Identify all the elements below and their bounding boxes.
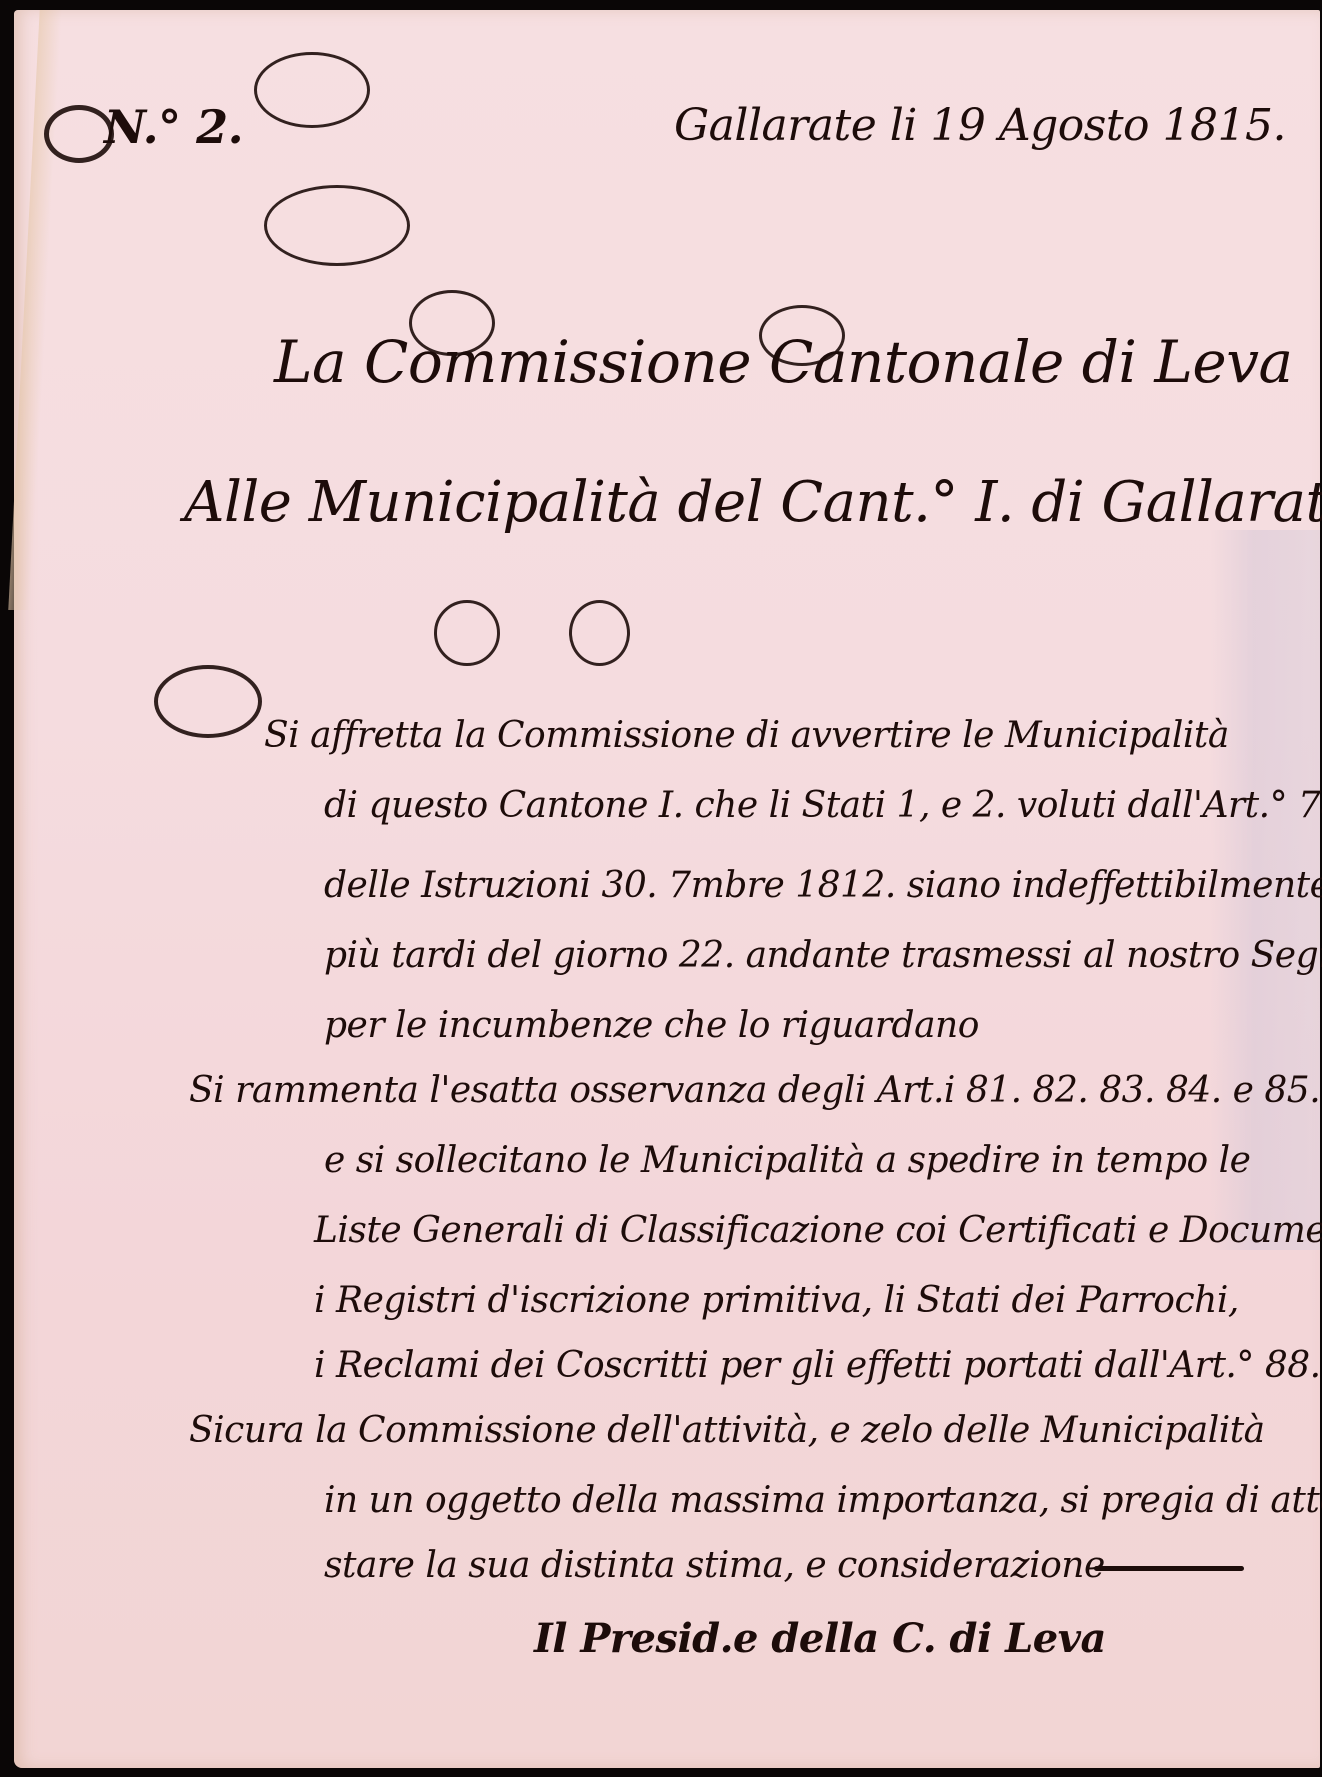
body-line: Si rammenta l'esatta osservanza degli Ar… [189, 1070, 1320, 1111]
body-line: di questo Cantone I. che li Stati 1, e 2… [324, 785, 1322, 826]
document-reference: N.° 2. [104, 100, 243, 154]
body-line: i Registri d'iscrizione primitiva, li St… [314, 1280, 1239, 1321]
paper-fold [8, 10, 61, 610]
body-line: e si sollecitano le Municipalità a spedi… [324, 1140, 1250, 1181]
flourish-ornament [254, 52, 370, 128]
body-line: in un oggetto della massima importanza, … [324, 1480, 1322, 1521]
body-line: Liste Generali di Classificazione coi Ce… [314, 1210, 1322, 1251]
body-line: stare la sua distinta stima, e considera… [324, 1545, 1105, 1586]
flourish-ornament [434, 600, 500, 666]
recipient-heading: Alle Municipalità del Cant.° I. di Galla… [184, 470, 1322, 535]
sender-heading: La Commissione Cantonale di Leva [274, 328, 1293, 396]
body-line: più tardi del giorno 22. andante trasmes… [324, 935, 1322, 976]
place-date: Gallarate li 19 Agosto 1815. [674, 100, 1286, 151]
body-line: i Reclami dei Coscritti per gli effetti … [314, 1345, 1321, 1386]
letter-page: N.° 2. Gallarate li 19 Agosto 1815. La C… [14, 10, 1320, 1768]
flourish-ornament [264, 185, 410, 266]
flourish-ornament [569, 600, 630, 666]
closing-dash [1094, 1566, 1244, 1571]
flourish-ornament [154, 665, 262, 738]
signature: Il Presid.e della C. di Leva [534, 1615, 1106, 1662]
body-line: Si affretta la Commissione di avvertire … [264, 715, 1229, 756]
body-line: Sicura la Commissione dell'attività, e z… [189, 1410, 1265, 1451]
body-line: per le incumbenze che lo riguardano [324, 1005, 979, 1046]
body-line: delle Istruzioni 30. 7mbre 1812. siano i… [324, 865, 1322, 906]
